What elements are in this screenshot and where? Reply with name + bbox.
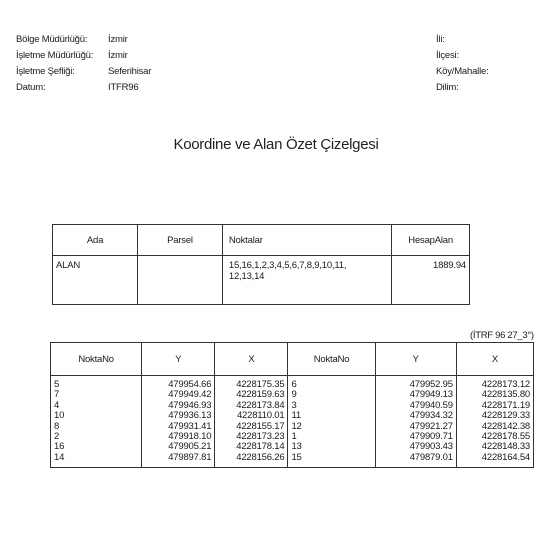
cell-value: 16 (54, 442, 138, 452)
cell-value: 9 (291, 390, 371, 400)
noktalar-line-2: 12,13,14 (229, 271, 388, 282)
col-x-right: X (456, 343, 533, 376)
cell-value: 479879.01 (379, 453, 453, 463)
cell-value: 3 (291, 401, 371, 411)
cell-value: 6 (291, 380, 371, 390)
cell-value: 7 (54, 390, 138, 400)
col-nokta-no-right: NoktaNo (288, 343, 375, 376)
datum-label: Datum: (16, 80, 108, 96)
il-label: İli: (436, 32, 489, 48)
header-info-left: Bölge Müdürlüğü: İzmir İşletme Müdürlüğü… (16, 32, 151, 96)
isletme-mudurlugu-label: İşletme Müdürlüğü: (16, 48, 108, 64)
coord-table-header: NoktaNo Y X NoktaNo Y X (51, 343, 534, 376)
col-y-right: Y (375, 343, 456, 376)
header-info-right: İli: İlçesi: Köy/Mahalle: Dilim: (436, 32, 489, 96)
area-table-header: Ada Parsel Noktalar HesapAlan (53, 225, 470, 256)
cell-value: 4228156.26 (218, 453, 284, 463)
dilim-label: Dilim: (436, 80, 489, 96)
nokta-no-right-cell: 693111211315 (288, 376, 375, 468)
hesap-alan-cell: 1889.94 (392, 256, 470, 305)
isletme-sefligi-value: Seferihisar (108, 64, 151, 80)
noktalar-line-1: 15,16,1,2,3,4,5,6,7,8,9,10,11, (229, 260, 388, 271)
col-parsel: Parsel (138, 225, 223, 256)
header-row-isletme-sefligi: İşletme Şefliği: Seferihisar (16, 64, 151, 80)
col-x-left: X (215, 343, 288, 376)
isletme-sefligi-label: İşletme Şefliği: (16, 64, 108, 80)
cell-value: 1 (291, 432, 371, 442)
x-right-cell: 4228173.124228135.804228171.194228129.33… (456, 376, 533, 468)
y-right-cell: 479952.95479949.13479940.59479934.324799… (375, 376, 456, 468)
crs-note: (İTRF 96 27_3°) (470, 330, 534, 341)
cell-value: 4 (54, 401, 138, 411)
cell-value: 10 (54, 411, 138, 421)
header-row-bolge: Bölge Müdürlüğü: İzmir (16, 32, 151, 48)
y-left-cell: 479954.66479949.42479946.93479936.134799… (142, 376, 215, 468)
koy-mahalle-label: Köy/Mahalle: (436, 64, 489, 80)
table-row: ALAN 15,16,1,2,3,4,5,6,7,8,9,10,11, 12,1… (53, 256, 470, 305)
cell-value: 2 (54, 432, 138, 442)
cell-value: 15 (291, 453, 371, 463)
header-row-datum: Datum: ITFR96 (16, 80, 151, 96)
isletme-mudurlugu-value: İzmir (108, 48, 128, 64)
area-summary-table: Ada Parsel Noktalar HesapAlan ALAN 15,16… (52, 224, 470, 305)
col-y-left: Y (142, 343, 215, 376)
col-ada: Ada (53, 225, 138, 256)
cell-value: 14 (54, 453, 138, 463)
bolge-mudurlugu-value: İzmir (108, 32, 128, 48)
col-nokta-no-left: NoktaNo (51, 343, 142, 376)
datum-value: ITFR96 (108, 80, 138, 96)
table-row: 57410821614 479954.66479949.42479946.934… (51, 376, 534, 468)
cell-value: 13 (291, 442, 371, 452)
coordinate-table: NoktaNo Y X NoktaNo Y X 57410821614 4799… (50, 342, 534, 468)
cell-value: 8 (54, 422, 138, 432)
bolge-mudurlugu-label: Bölge Müdürlüğü: (16, 32, 108, 48)
cell-value: 12 (291, 422, 371, 432)
x-left-cell: 4228175.354228159.634228173.844228110.01… (215, 376, 288, 468)
noktalar-cell: 15,16,1,2,3,4,5,6,7,8,9,10,11, 12,13,14 (222, 256, 391, 305)
ilce-label: İlçesi: (436, 48, 489, 64)
nokta-no-left-cell: 57410821614 (51, 376, 142, 468)
cell-value: 5 (54, 380, 138, 390)
ada-cell: ALAN (53, 256, 138, 305)
cell-value: 4228164.54 (460, 453, 530, 463)
header-row-isletme-mudurlugu: İşletme Müdürlüğü: İzmir (16, 48, 151, 64)
col-hesap-alan: HesapAlan (392, 225, 470, 256)
col-noktalar: Noktalar (222, 225, 391, 256)
document-title: Koordine ve Alan Özet Çizelgesi (0, 136, 552, 153)
parsel-cell (138, 256, 223, 305)
cell-value: 11 (291, 411, 371, 421)
cell-value: 479897.81 (145, 453, 211, 463)
